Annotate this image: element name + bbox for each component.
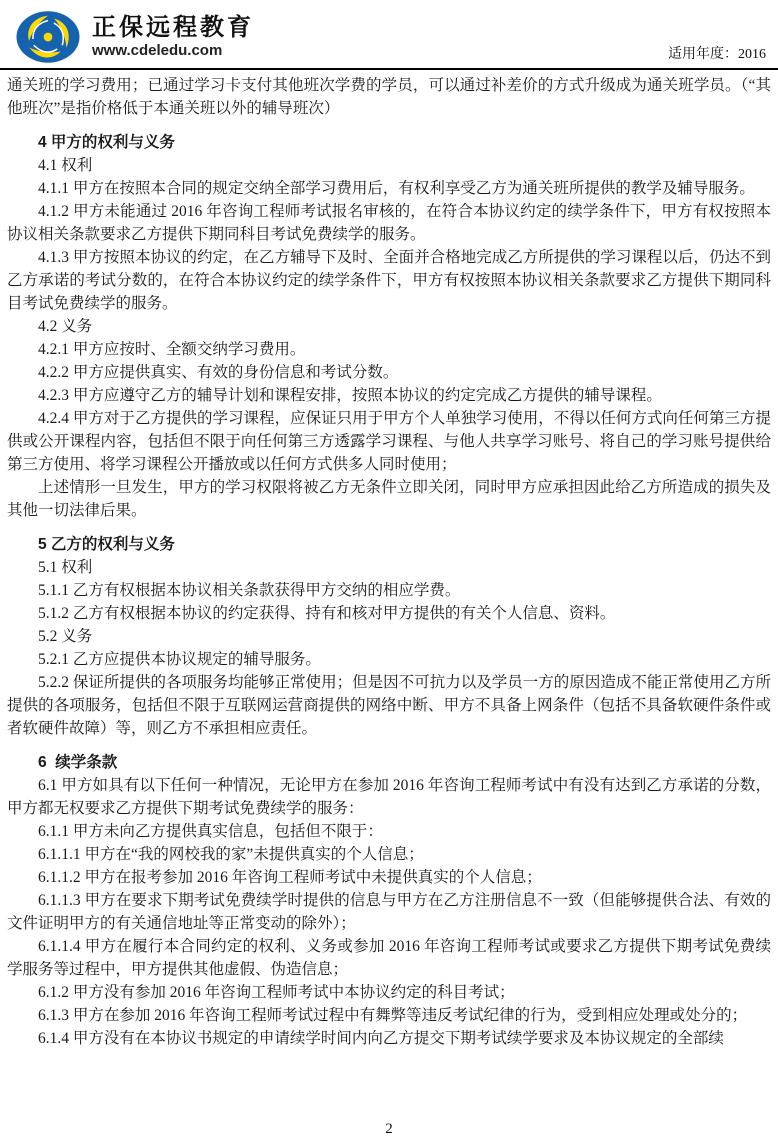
paragraph: 6.1 甲方如具有以下任何一种情况，无论甲方在参加 2016 年咨询工程师考试中… [7, 774, 771, 820]
paragraph: 6.1.4 甲方没有在本协议书规定的申请续学时间内向乙方提交下期考试续学要求及本… [7, 1027, 771, 1050]
document-page: { "header": { "brand_name": "正保远程教育", "b… [0, 0, 778, 1144]
page-footer: 2 [0, 1121, 778, 1138]
paragraph: 4.2.1 甲方应按时、全额交纳学习费用。 [7, 338, 771, 361]
paragraph: 5.2.1 乙方应提供本协议规定的辅导服务。 [7, 648, 771, 671]
swirl-globe-icon [16, 10, 80, 64]
document-body: 通关班的学习费用；已通过学习卡支付其他班次学费的学员，可以通过补差价的方式升级成… [0, 70, 778, 1050]
paragraph: 4.2.2 甲方应提供真实、有效的身份信息和考试分数。 [7, 361, 771, 384]
paragraph: 4.2.3 甲方应遵守乙方的辅导计划和课程安排，按照本协议的约定完成乙方提供的辅… [7, 384, 771, 407]
brand: 正保远程教育 www.cdeledu.com [16, 10, 254, 64]
paragraph: 6.1.1.2 甲方在报考参加 2016 年咨询工程师考试中未提供真实的个人信息… [7, 866, 771, 889]
paragraph: 上述情形一旦发生，甲方的学习权限将被乙方无条件立即关闭，同时甲方应承担因此给乙方… [7, 476, 771, 522]
paragraph: 5.2.2 保证所提供的各项服务均能够正常使用；但是因不可抗力以及学员一方的原因… [7, 671, 771, 740]
page-number: 2 [385, 1121, 393, 1137]
brand-text: 正保远程教育 www.cdeledu.com [92, 14, 254, 60]
paragraph: 6.1.1.1 甲方在“我的网校我的家”未提供真实的个人信息； [7, 843, 771, 866]
paragraph: 6.1.3 甲方在参加 2016 年咨询工程师考试过程中有舞弊等违反考试纪律的行… [7, 1004, 771, 1027]
paragraph: 通关班的学习费用；已通过学习卡支付其他班次学费的学员，可以通过补差价的方式升级成… [7, 74, 771, 120]
paragraph: 5.1.2 乙方有权根据本协议的约定获得、持有和核对甲方提供的有关个人信息、资料… [7, 602, 771, 625]
paragraph: 4.1.3 甲方按照本协议的约定，在乙方辅导下及时、全面并合格地完成乙方所提供的… [7, 246, 771, 315]
paragraph: 4.1.2 甲方未能通过 2016 年咨询工程师考试报名审核的，在符合本协议约定… [7, 200, 771, 246]
paragraph: 5.1.1 乙方有权根据本协议相关条款获得甲方交纳的相应学费。 [7, 579, 771, 602]
applicable-year-label: 适用年度：2016 [668, 43, 766, 64]
section-heading: 4 甲方的权利与义务 [7, 131, 771, 154]
paragraph: 6.1.1 甲方未向乙方提供真实信息，包括但不限于： [7, 820, 771, 843]
paragraph: 5.1 权利 [7, 556, 771, 579]
document-header: 正保远程教育 www.cdeledu.com 适用年度：2016 [0, 0, 778, 68]
brand-name: 正保远程教育 [92, 14, 254, 42]
paragraph: 4.2.4 甲方对于乙方提供的学习课程，应保证只用于甲方个人单独学习使用，不得以… [7, 407, 771, 476]
paragraph: 4.1.1 甲方在按照本合同的规定交纳全部学习费用后，有权利享受乙方为通关班所提… [7, 177, 771, 200]
paragraph: 4.2 义务 [7, 315, 771, 338]
paragraph: 6.1.1.3 甲方在要求下期考试免费续学时提供的信息与甲方在乙方注册信息不一致… [7, 889, 771, 935]
section-heading: 5 乙方的权利与义务 [7, 533, 771, 556]
paragraph: 6.1.2 甲方没有参加 2016 年咨询工程师考试中本协议约定的科目考试； [7, 981, 771, 1004]
section-heading: 6 续学条款 [7, 751, 771, 774]
paragraph: 5.2 义务 [7, 625, 771, 648]
paragraph: 6.1.1.4 甲方在履行本合同约定的权利、义务或参加 2016 年咨询工程师考… [7, 935, 771, 981]
brand-url: www.cdeledu.com [92, 42, 254, 60]
paragraph: 4.1 权利 [7, 154, 771, 177]
